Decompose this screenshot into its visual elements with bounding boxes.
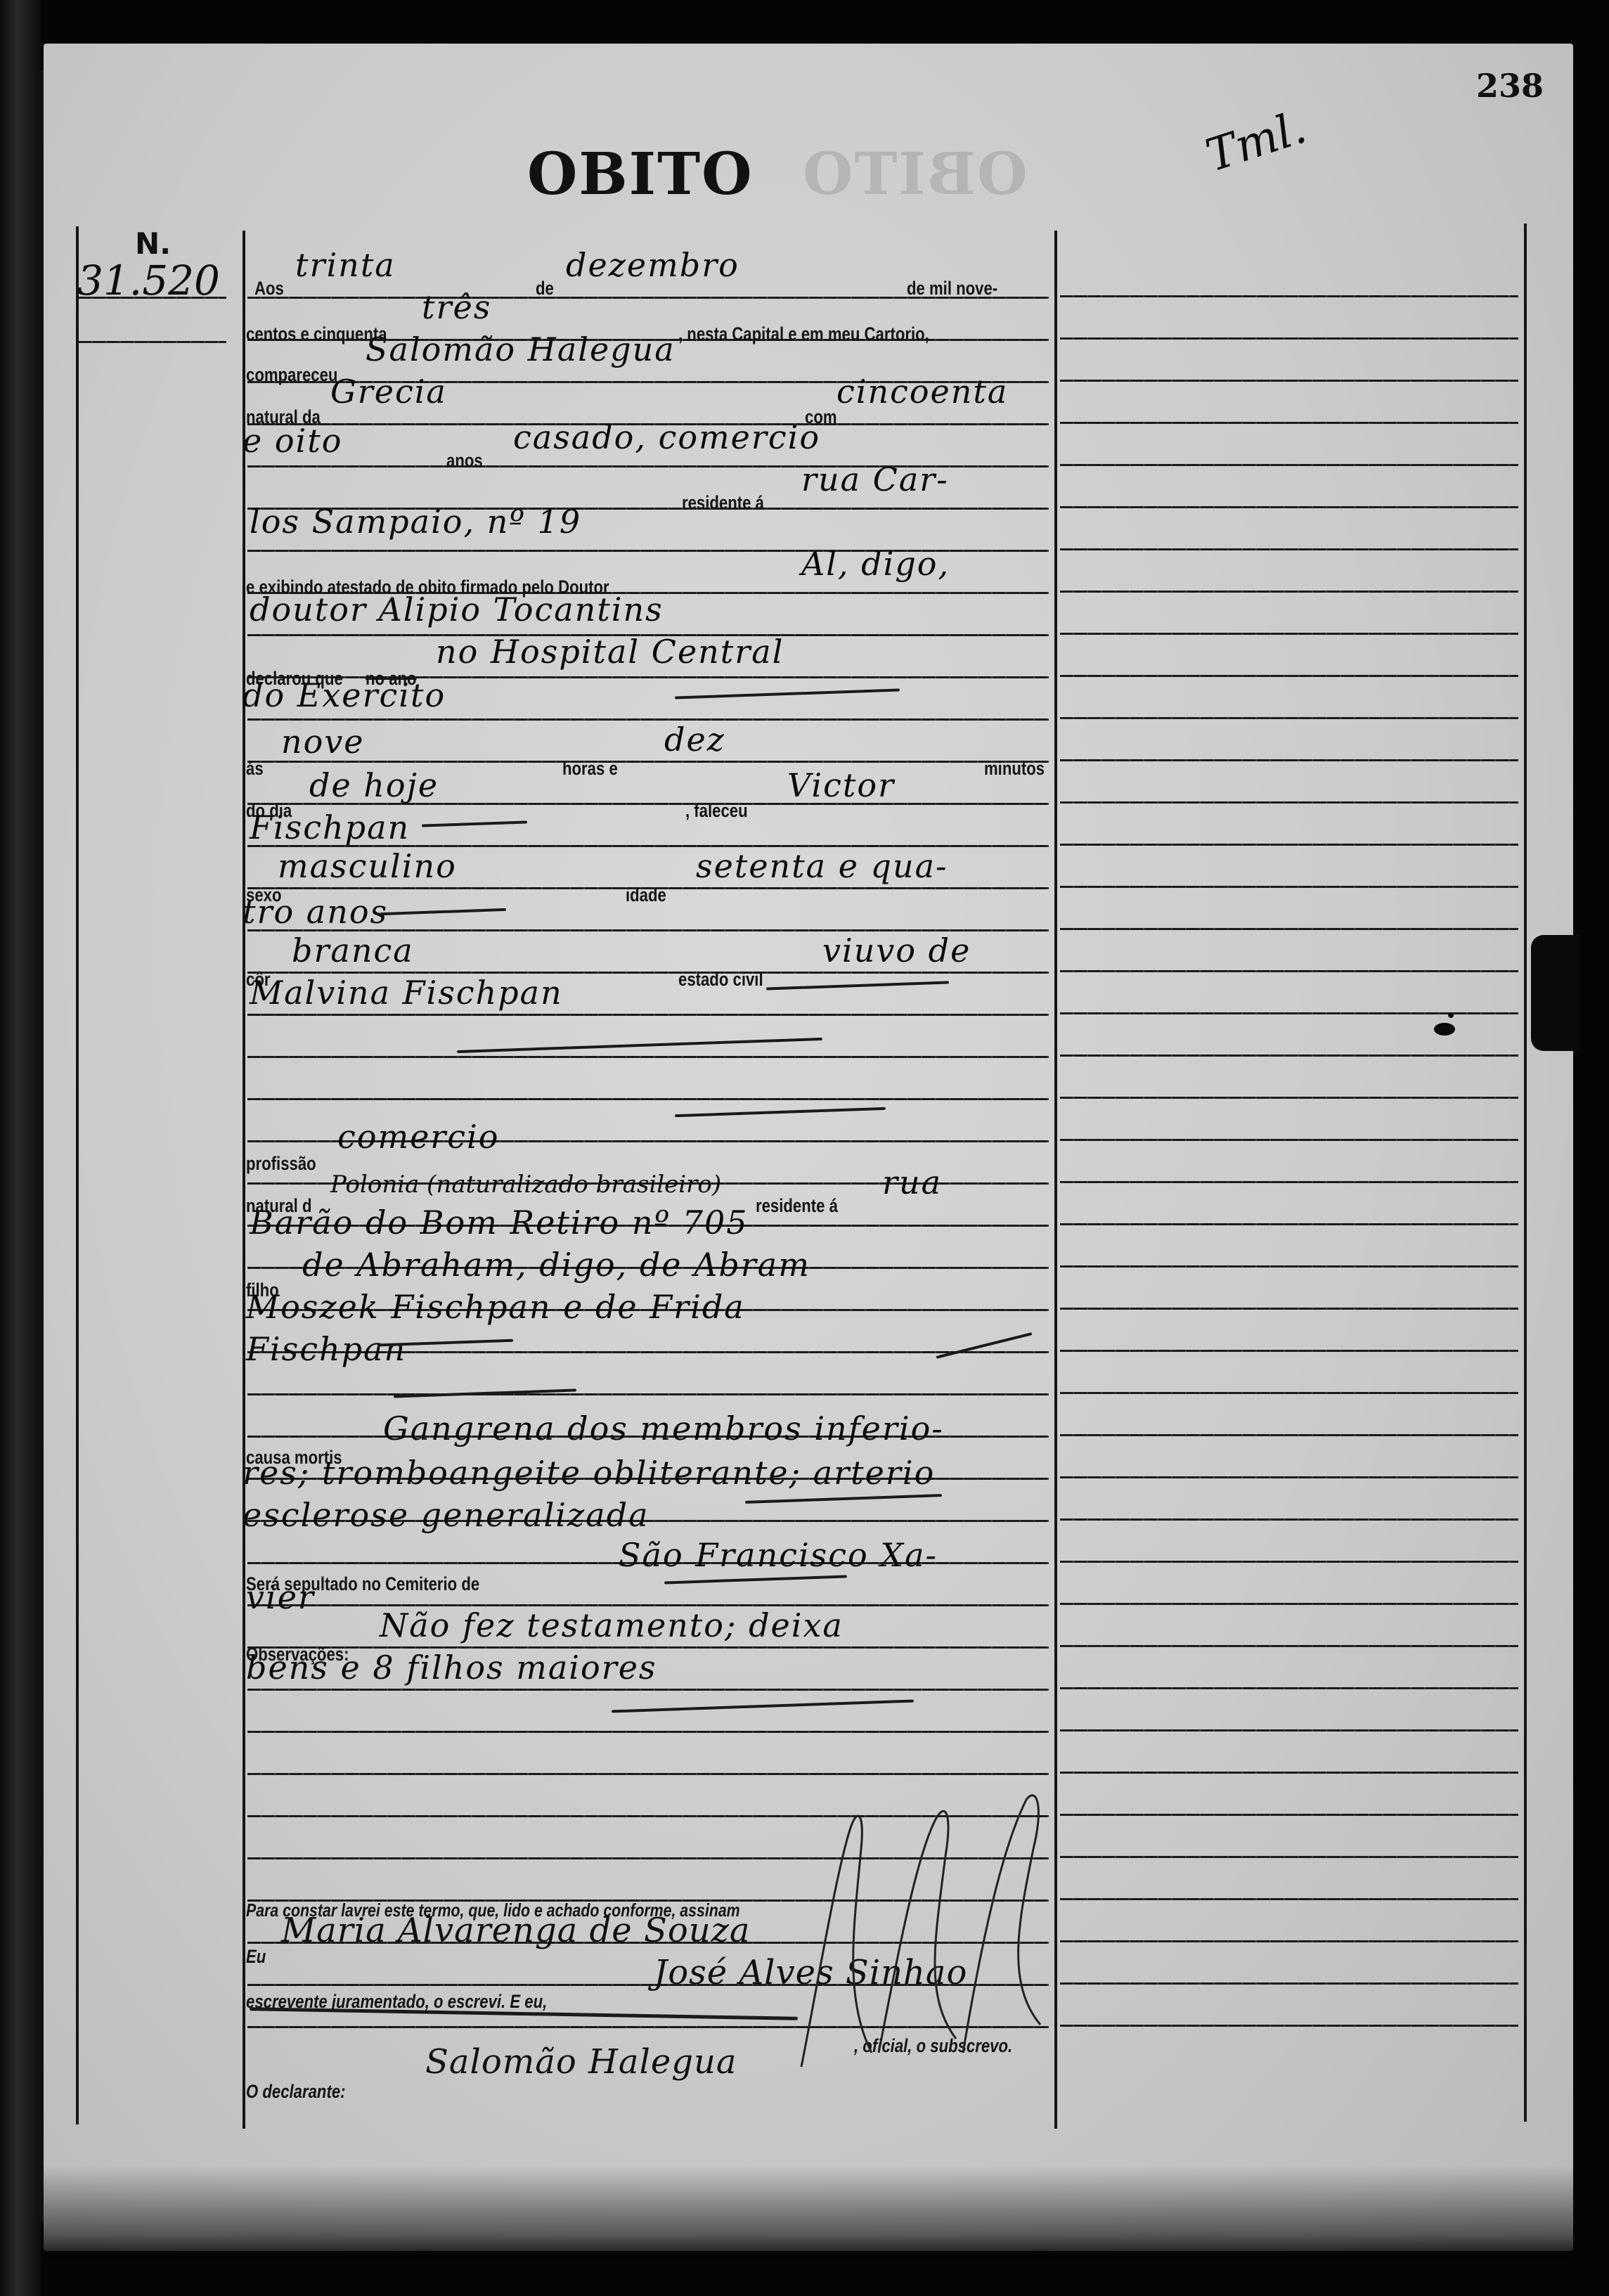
right-column-rule (1060, 759, 1518, 761)
entry-month: dezembro (566, 246, 739, 284)
label-faleceu: , faleceu (685, 800, 748, 822)
right-column-rule (1060, 844, 1518, 846)
column-rule-right (1524, 224, 1527, 2122)
declarant-signature: Salomão Halegua (425, 2042, 737, 2082)
entry-profession: comercio (337, 1118, 499, 1156)
form-rule (247, 718, 1049, 721)
ink-blot (1434, 1023, 1455, 1036)
form-rule (247, 1098, 1049, 1100)
label-as: ás (246, 758, 264, 780)
entry-age-1: setenta e qua- (696, 847, 948, 885)
label-horas-e: horas e (562, 758, 618, 780)
record-number-label: N. (135, 226, 171, 261)
entry-cause-1: Gangrena dos membros inferio- (383, 1410, 944, 1447)
entry-civil-status-2: Malvina Fischpan (250, 974, 563, 1012)
right-column-rule (1060, 591, 1518, 593)
label-profissao: profissão (246, 1153, 316, 1175)
label-idade: idade (626, 884, 666, 906)
right-column-rule (1060, 1350, 1518, 1352)
right-column-rule (1060, 1518, 1518, 1521)
entry-cemetery-2: vier (246, 1578, 315, 1616)
entry-doctor-1: Al, digo, (801, 545, 950, 583)
entry-declarant-origin: Grecia (330, 373, 447, 411)
entry-residence-1: rua (882, 1163, 942, 1201)
right-column-rule (1060, 464, 1518, 466)
page-shadow (44, 2165, 1573, 2264)
label-de: de (536, 278, 554, 299)
page-number: 238 (1476, 67, 1544, 105)
right-column-rule (1060, 506, 1518, 508)
entry-observations-2: bens e 8 filhos maiores (246, 1649, 657, 1686)
entry-declarant-address-2: los Sampaio, nº 19 (250, 503, 581, 541)
right-column-rule (1060, 1729, 1518, 1731)
entry-deceased-1: Victor (787, 766, 895, 804)
right-column-rule (1060, 1097, 1518, 1099)
form-rule (247, 1773, 1049, 1775)
right-column-rule (1060, 1139, 1518, 1141)
entry-declarant-address-1: rua Car- (801, 460, 949, 498)
entry-cemetery-1: São Francisco Xa- (619, 1536, 938, 1574)
right-column-rule (1060, 295, 1518, 297)
entry-parents-3: Fischpan (246, 1330, 406, 1368)
number-column-rule (79, 297, 226, 299)
entry-observations-1: Não fez testamento; deixa (380, 1606, 844, 1644)
right-column-rule (1060, 1476, 1518, 1478)
right-column-rule (1060, 1898, 1518, 1900)
right-column-rule (1060, 1982, 1518, 1985)
label-anos: anos (446, 450, 483, 472)
entry-hours: nove (281, 723, 365, 761)
right-column-rule (1060, 633, 1518, 635)
right-column-rule (1060, 337, 1518, 340)
entry-place-1: no Hospital Central (436, 633, 784, 671)
entry-residence-2: Barão do Bom Retiro nº 705 (250, 1204, 749, 1241)
form-rule (247, 761, 1049, 763)
label-residente-a-2: residente á (756, 1195, 838, 1217)
entry-day-ref: de hoje (309, 766, 439, 804)
label-eu: Eu (246, 1946, 266, 1968)
right-column-rule (1060, 1181, 1518, 1183)
form-rule (247, 1056, 1049, 1058)
entry-parents-2: Moszek Fischpan e de Frida (246, 1288, 745, 1326)
column-rule-number (243, 231, 245, 2129)
binding-edge-line (37, 70, 44, 2221)
entry-deceased-2: Fischpan (250, 808, 410, 846)
page-right-edge (1573, 0, 1609, 2296)
right-column-rule (1060, 380, 1518, 382)
right-column-rule (1060, 1561, 1518, 1563)
entry-day: trinta (295, 246, 396, 284)
right-column-rule (1060, 1392, 1518, 1394)
entry-declarant-status: casado, comercio (513, 418, 820, 456)
label-residente-a: residente á (682, 492, 764, 514)
label-estado-civil: estado civil (678, 969, 763, 991)
bleed-through-title: OBITO (801, 141, 1028, 208)
form-rule (247, 1689, 1049, 1691)
entry-cause-2: res; tromboangeite obliterante; arterio (243, 1454, 935, 1492)
right-column-rule (1060, 1645, 1518, 1647)
label-declarante: O declarante: (246, 2081, 346, 2103)
entry-age-2: tro anos (243, 893, 388, 931)
right-column-rule (1060, 1772, 1518, 1774)
number-column-rule (79, 341, 226, 343)
label-compareceu: compareceu (246, 364, 337, 386)
right-column-rule (1060, 928, 1518, 930)
right-column-rule (1060, 1814, 1518, 1816)
label-de-mil-nove: de mil nove- (907, 278, 997, 299)
form-rule (247, 1731, 1049, 1733)
entry-cause-3: esclerose generalizada (243, 1496, 650, 1534)
right-column-rule (1060, 1687, 1518, 1689)
index-tab (1531, 935, 1580, 1051)
book-binding (0, 0, 41, 2296)
entry-birthplace: Polonia (naturalizado brasileiro) (330, 1170, 721, 1199)
column-rule-left (76, 226, 79, 2124)
label-aos: Aos (254, 278, 284, 299)
right-column-rule (1060, 1265, 1518, 1268)
entry-doctor-2: doutor Alipio Tocantins (250, 591, 664, 628)
entry-declarant-age-1: cincoenta (836, 373, 1008, 411)
right-column-rule (1060, 801, 1518, 804)
entry-color: branca (292, 931, 414, 969)
page-title: OBITO (527, 141, 754, 208)
signature-flourish (773, 1786, 1068, 2081)
right-column-rule (1060, 1856, 1518, 1858)
right-column-rule (1060, 1940, 1518, 1942)
right-column-rule (1060, 886, 1518, 888)
entry-minutes: dez (664, 721, 725, 759)
right-column-rule (1060, 2025, 1518, 2027)
right-column-rule (1060, 675, 1518, 677)
form-rule (247, 1393, 1049, 1395)
right-column-rule (1060, 548, 1518, 550)
form-rule (247, 1014, 1049, 1016)
label-nesta-capital: , nesta Capital e em meu Cartorio, (678, 323, 929, 345)
entry-place-2: do Exercito (243, 676, 446, 714)
right-column-rule (1060, 1434, 1518, 1436)
right-column-rule (1060, 717, 1518, 719)
right-column-rule (1060, 1308, 1518, 1310)
clerk-signature: Maria Alvarenga de Souza (281, 1911, 751, 1950)
entry-parents-1: de Abraham, digo, de Abram (302, 1246, 810, 1284)
right-column-rule (1060, 422, 1518, 424)
entry-year: três (422, 288, 491, 326)
entry-declarant-age-2: e oito (243, 422, 342, 460)
label-minutos: minutos (984, 758, 1045, 780)
right-column-rule (1060, 970, 1518, 972)
right-column-rule (1060, 1223, 1518, 1225)
entry-sex: masculino (278, 847, 457, 885)
right-column-rule (1060, 1603, 1518, 1605)
ink-blot (1448, 1012, 1454, 1018)
right-column-rule (1060, 1055, 1518, 1057)
entry-civil-status-1: viuvo de (822, 931, 971, 969)
entry-declarant: Salomão Halegua (366, 330, 676, 368)
